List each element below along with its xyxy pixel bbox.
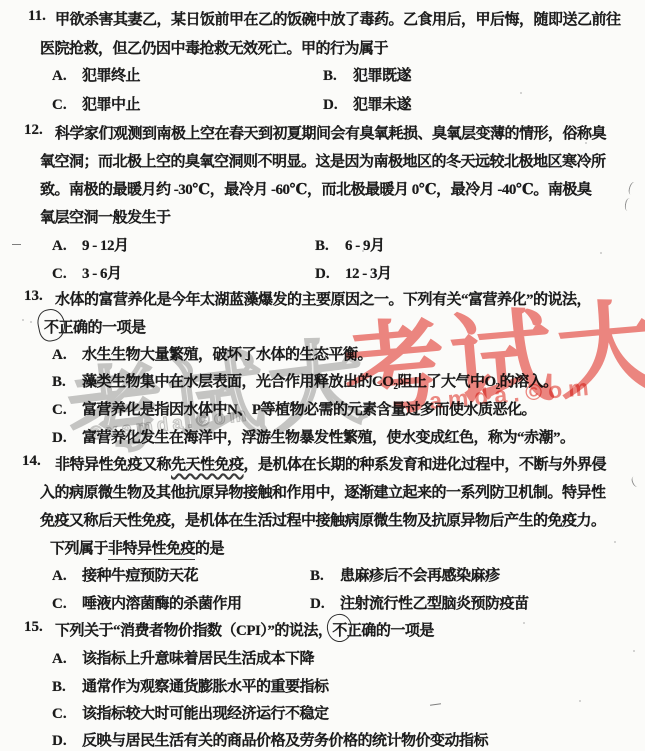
option-label: D. bbox=[315, 266, 345, 283]
option-text: 该指标上升意味着居民生活成本下降 bbox=[82, 651, 314, 667]
option-label: A. bbox=[52, 347, 82, 364]
option-b: B.6 - 9月 bbox=[315, 234, 385, 255]
option-label: A. bbox=[52, 651, 82, 668]
stem-segment: 正确的一项是 bbox=[59, 320, 146, 336]
question-stem-line: 下列属于非特异性免疫的是 bbox=[50, 537, 224, 558]
option-a: A.水生生物大量繁殖，破坏了水体的生态平衡。 bbox=[52, 343, 372, 364]
option-d: D.犯罪未遂 bbox=[323, 93, 411, 114]
pencil-mark bbox=[630, 475, 641, 488]
option-c: C.犯罪中止 bbox=[52, 93, 140, 114]
option-d: D.富营养化发生在海洋中，浮游生物暴发性繁殖，使水变成红色，称为“赤潮”。 bbox=[52, 426, 575, 447]
option-c: C.该指标较大时可能出现经济运行不稳定 bbox=[52, 702, 329, 723]
question-number: 13. bbox=[24, 288, 43, 305]
option-label: C. bbox=[52, 266, 82, 283]
question-stem-line: 甲欲杀害其妻乙，某日饭前甲在乙的饭碗中放了毒药。乙食用后，甲后悔，随即送乙前往 bbox=[55, 8, 621, 29]
option-label: B. bbox=[52, 679, 82, 696]
pencil-mark bbox=[12, 244, 21, 245]
question-number: 14. bbox=[22, 453, 41, 470]
option-text: 藻类生物集中在水层表面，光合作用释放出的CO₂阻止了大气中O₂的溶入。 bbox=[82, 374, 558, 390]
option-text: 12 - 3月 bbox=[345, 266, 392, 282]
option-d: D.反映与居民生活有关的商品价格及劳务价格的统计物价变动指标 bbox=[52, 729, 488, 750]
question-number: 11. bbox=[28, 8, 46, 25]
option-text: 富营养化发生在海洋中，浮游生物暴发性繁殖，使水变成红色，称为“赤潮”。 bbox=[82, 430, 575, 446]
option-text: 犯罪既遂 bbox=[353, 68, 411, 84]
pencil-wavy-underlined-text: 先天性免疫 bbox=[171, 457, 244, 473]
question-stem-line: 入的病原微生物及其他抗原异物接触和作用中，逐渐建立起来的一系列防卫机制。特异性 bbox=[40, 481, 606, 502]
pencil-mark bbox=[430, 703, 441, 706]
option-d: D.注射流行性乙型脑炎预防疫苗 bbox=[310, 592, 529, 613]
option-text: 患麻疹后不会再感染麻疹 bbox=[340, 568, 500, 584]
question-number: 12. bbox=[24, 122, 43, 139]
scanned-exam-page: 11. 甲欲杀害其妻乙，某日饭前甲在乙的饭碗中放了毒药。乙食用后，甲后悔，随即送… bbox=[0, 0, 645, 751]
pencil-mark bbox=[624, 197, 633, 211]
option-label: D. bbox=[323, 97, 353, 114]
stem-segment: 正确的一项是 bbox=[347, 623, 434, 639]
question-stem-line: 免疫又称后天性免疫，是机体在生活过程中接触病原微生物及抗原异物后产生的免疫力。 bbox=[40, 509, 606, 530]
stem-segment: 的是 bbox=[195, 541, 224, 557]
option-label: B. bbox=[323, 68, 353, 85]
pencil-circled-character: 不 bbox=[332, 619, 347, 640]
option-label: A. bbox=[52, 68, 82, 85]
option-text: 该指标较大时可能出现经济运行不稳定 bbox=[82, 706, 329, 722]
option-label: D. bbox=[52, 430, 82, 447]
option-b: B.藻类生物集中在水层表面，光合作用释放出的CO₂阻止了大气中O₂的溶入。 bbox=[52, 370, 558, 391]
question-stem-line: 不正确的一项是 bbox=[44, 316, 146, 337]
option-text: 反映与居民生活有关的商品价格及劳务价格的统计物价变动指标 bbox=[82, 733, 488, 749]
option-text: 9 - 12月 bbox=[82, 238, 129, 254]
stem-segment: 下列关于“消费者物价指数（CPI）”的说法， bbox=[55, 623, 332, 639]
stem-segment: ，是机体在长期的种系发育和进化过程中，不断与外界侵 bbox=[244, 457, 607, 473]
option-b: B.患麻疹后不会再感染麻疹 bbox=[310, 564, 500, 585]
question-stem-line: 氧层空洞一般发生于 bbox=[40, 206, 171, 227]
option-c: C.3 - 6月 bbox=[52, 262, 122, 283]
option-label: C. bbox=[52, 97, 82, 114]
option-c: C.唾液内溶菌酶的杀菌作用 bbox=[52, 592, 242, 613]
option-label: B. bbox=[315, 238, 345, 255]
option-text: 3 - 6月 bbox=[82, 266, 122, 282]
option-label: C. bbox=[52, 706, 82, 723]
option-d: D.12 - 3月 bbox=[315, 262, 392, 283]
stem-segment: 下列属于 bbox=[50, 541, 108, 557]
stem-segment: 非特异性免疫又称 bbox=[55, 457, 171, 473]
option-c: C.富营养化是指因水体中N、P等植物必需的元素含量过多而使水质恶化。 bbox=[52, 398, 536, 419]
option-a: A.9 - 12月 bbox=[52, 234, 129, 255]
question-stem-line: 下列关于“消费者物价指数（CPI）”的说法，不正确的一项是 bbox=[55, 619, 434, 640]
option-label: A. bbox=[52, 568, 82, 585]
option-label: D. bbox=[310, 596, 340, 613]
option-label: B. bbox=[310, 568, 340, 585]
question-stem-line: 致。南极的最暖月约 -30℃，最冷月 -60℃，而北极最暖月 0℃，最冷月 -4… bbox=[40, 178, 591, 199]
option-text: 注射流行性乙型脑炎预防疫苗 bbox=[340, 596, 529, 612]
question-number: 15. bbox=[24, 619, 43, 636]
question-stem-line: 氧空洞；而北极上空的臭氧空洞则不明显。这是因为南极地区的冬天远较北极地区寒冷所 bbox=[40, 150, 606, 171]
option-label: A. bbox=[52, 238, 82, 255]
option-label: D. bbox=[52, 733, 82, 750]
option-a: A.犯罪终止 bbox=[52, 64, 140, 85]
question-stem-line: 科学家们观测到南极上空在春天到初夏期间会有臭氧耗损、臭氧层变薄的情形，俗称臭 bbox=[55, 122, 606, 143]
pencil-mark bbox=[627, 181, 637, 195]
option-text: 通常作为观察通货膨胀水平的重要指标 bbox=[82, 679, 329, 695]
option-label: C. bbox=[52, 402, 82, 419]
option-label: C. bbox=[52, 596, 82, 613]
option-text: 犯罪中止 bbox=[82, 97, 140, 113]
question-stem-line: 水体的富营养化是今年太湖蓝藻爆发的主要原因之一。下列有关“富营养化”的说法， bbox=[55, 288, 591, 309]
option-text: 接种牛痘预防天花 bbox=[82, 568, 198, 584]
option-label: B. bbox=[52, 374, 82, 391]
option-text: 水生生物大量繁殖，破坏了水体的生态平衡。 bbox=[82, 347, 372, 363]
option-text: 唾液内溶菌酶的杀菌作用 bbox=[82, 596, 242, 612]
pencil-circled-character: 不 bbox=[44, 316, 59, 337]
question-stem-line: 非特异性免疫又称先天性免疫，是机体在长期的种系发育和进化过程中，不断与外界侵 bbox=[55, 453, 606, 474]
option-b: B.通常作为观察通货膨胀水平的重要指标 bbox=[52, 675, 329, 696]
question-stem-line: 医院抢救，但乙仍因中毒抢救无效死亡。甲的行为属于 bbox=[40, 37, 388, 58]
option-a: A.该指标上升意味着居民生活成本下降 bbox=[52, 647, 314, 668]
option-a: A.接种牛痘预防天花 bbox=[52, 564, 198, 585]
option-text: 6 - 9月 bbox=[345, 238, 385, 254]
option-text: 犯罪终止 bbox=[82, 68, 140, 84]
option-text: 犯罪未遂 bbox=[353, 97, 411, 113]
pencil-underlined-text: 非特异性免疫 bbox=[108, 541, 195, 560]
option-text: 富营养化是指因水体中N、P等植物必需的元素含量过多而使水质恶化。 bbox=[82, 402, 536, 418]
option-b: B.犯罪既遂 bbox=[323, 64, 411, 85]
